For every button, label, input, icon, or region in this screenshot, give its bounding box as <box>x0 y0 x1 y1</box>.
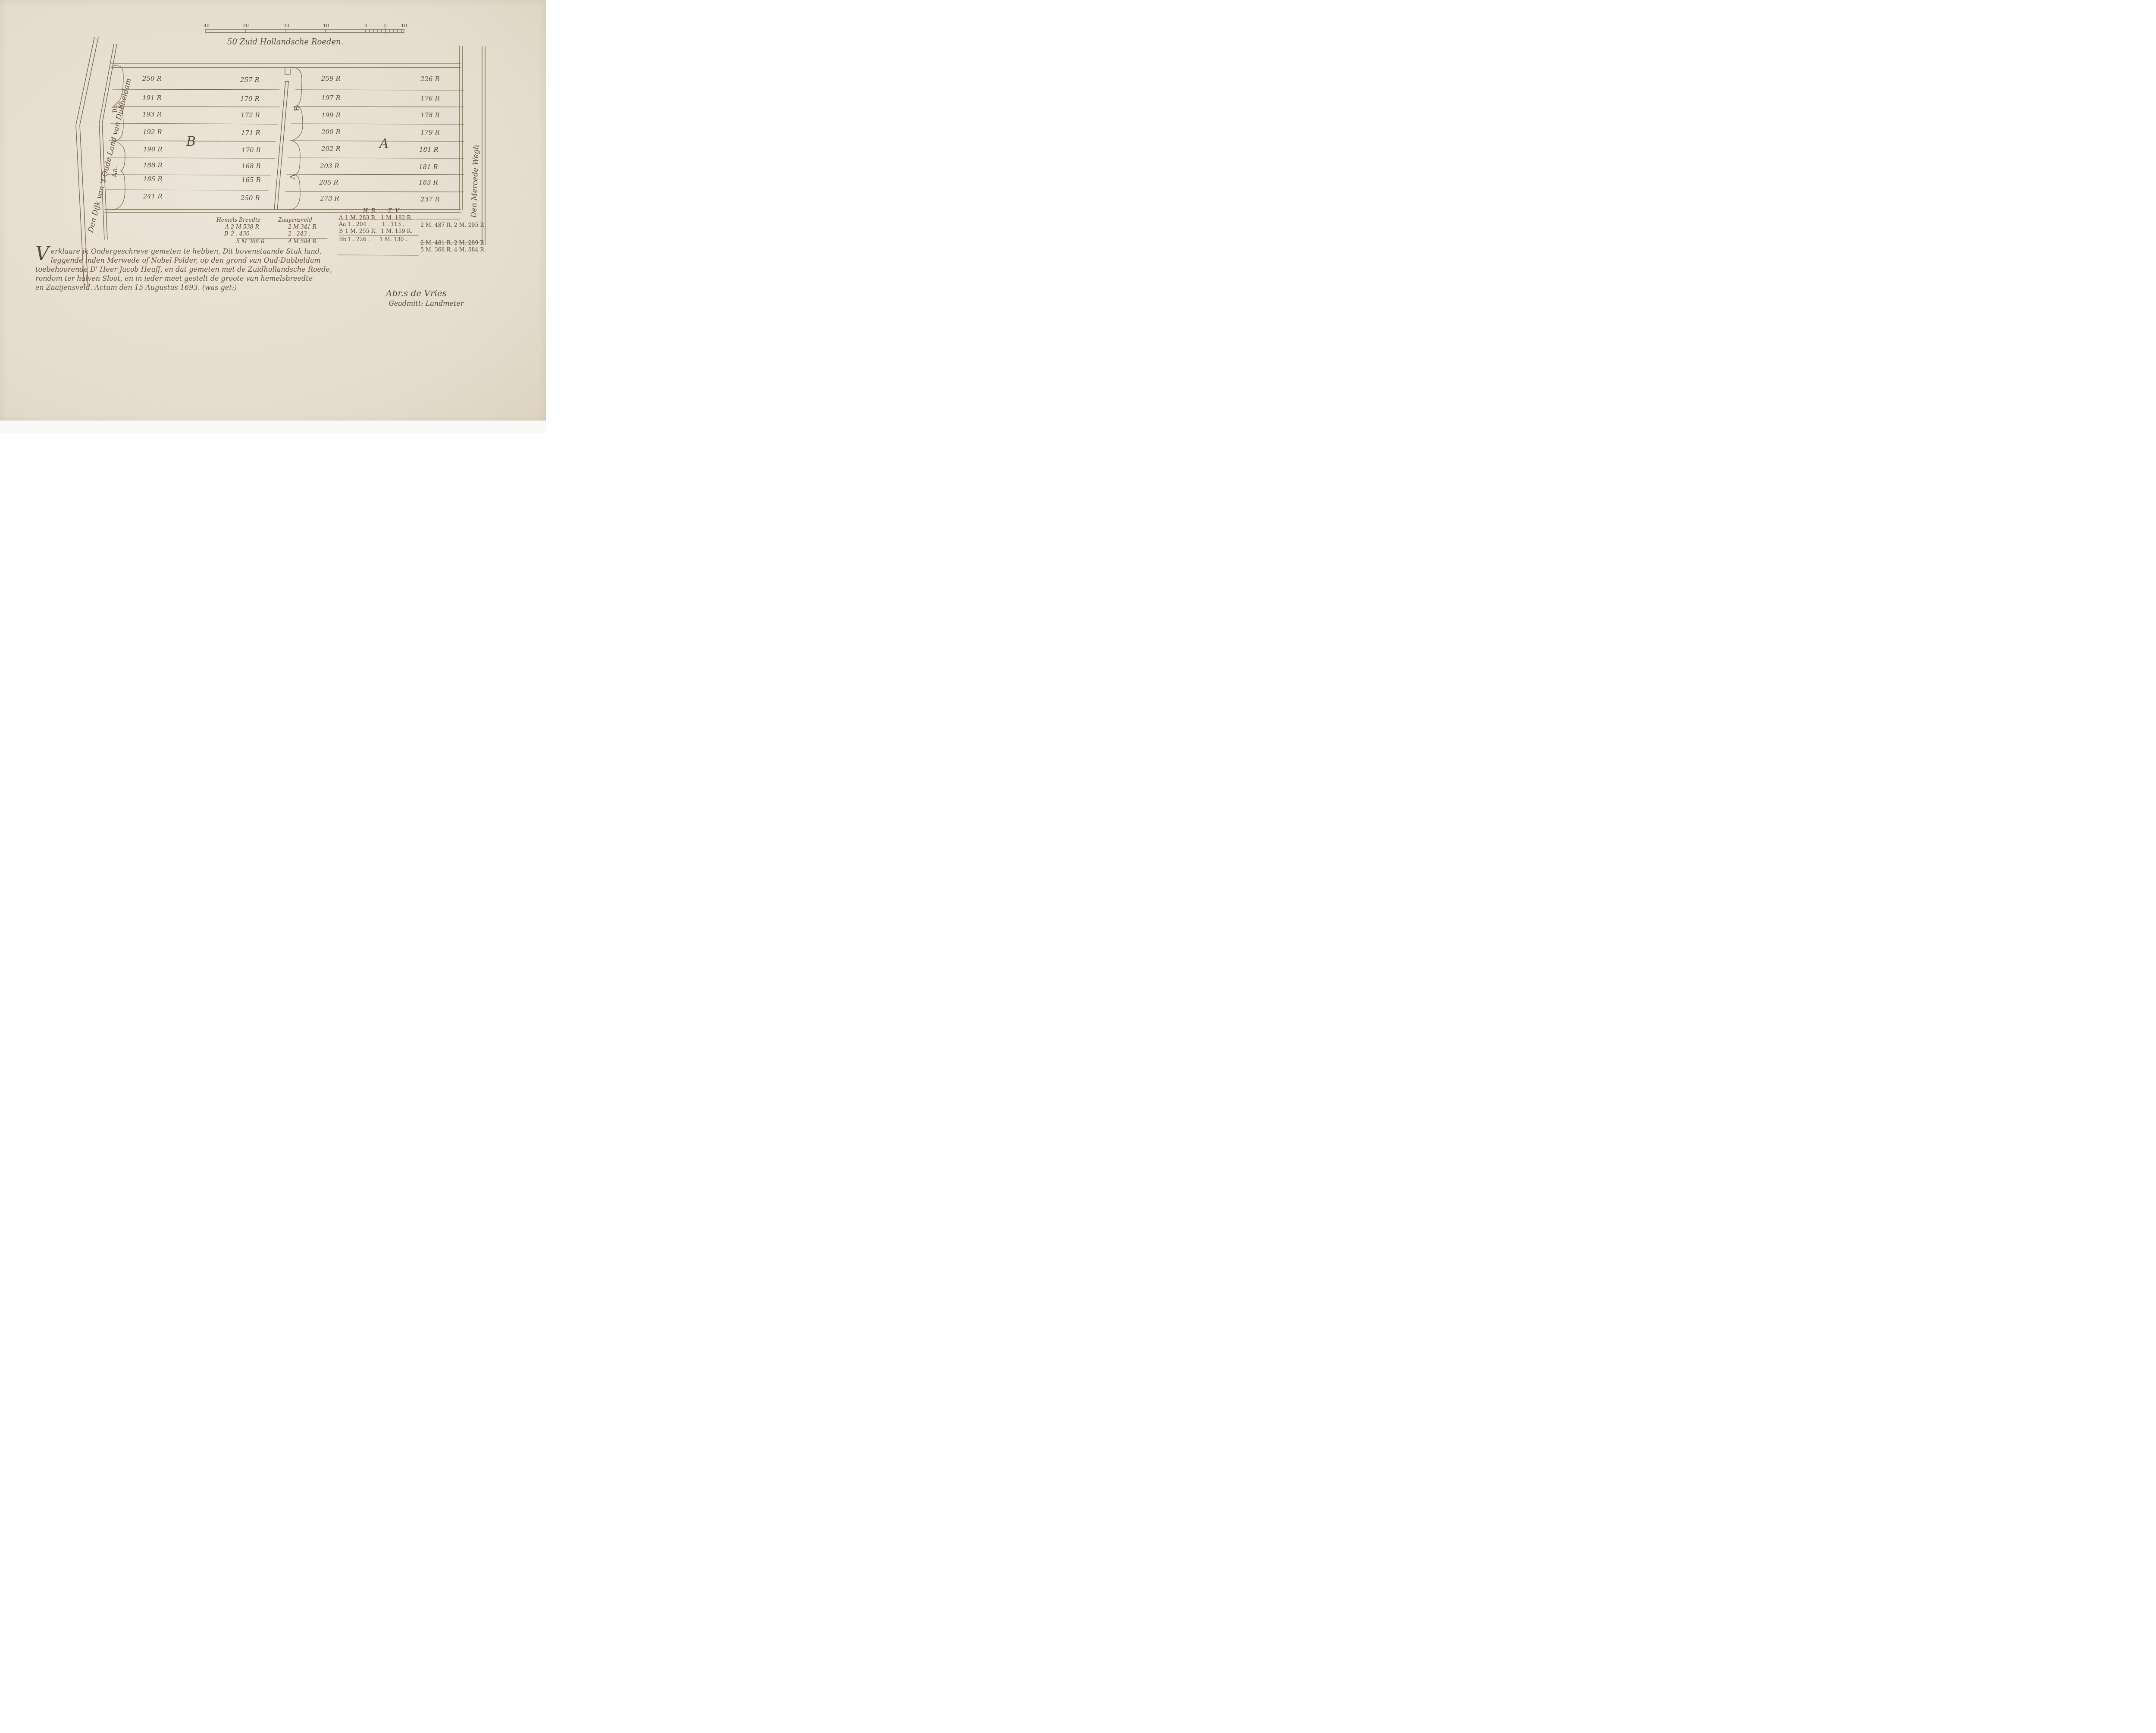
summary-total-hemels: 5 M 368 R <box>236 238 265 245</box>
west-value-left: 250 R <box>142 75 162 82</box>
detail-row-zv: 1 M. 182 R. <box>381 214 413 221</box>
declaration-line: toebehoorende D' Heer Jacob Heuff, en da… <box>35 265 471 274</box>
detail-row-hb: 1 M. 283 R. <box>345 214 377 221</box>
summary-row-zaayen: 2 . 243 . <box>288 230 310 237</box>
detail-row-zv: 1 . 113 . <box>382 221 404 227</box>
declaration-line: leggende inden Merwede of Nobel Polder, … <box>35 256 471 265</box>
summary-table: Hemels Breedte Zaayensveld A 2 M 538 R 2… <box>216 217 317 245</box>
scale-tick: 10 <box>401 23 407 28</box>
scale-tick-labels: 40 30 20 10 0 5 10 <box>204 23 407 28</box>
west-value-right: 172 R <box>241 111 260 119</box>
east-value-left: 202 R <box>321 145 341 153</box>
east-value-right: 183 R <box>419 179 438 186</box>
detail-row-hb: 1 M. 255 R. <box>345 228 377 234</box>
page-bottom-edge <box>0 421 546 433</box>
east-value-right: 179 R <box>420 129 440 136</box>
west-value-right: 170 R <box>240 95 260 103</box>
west-value-right: 170 R <box>241 146 261 154</box>
detail-table: H. B. Z. V. A 1 M. 283 R. 1 M. 182 R. Aa… <box>338 207 486 253</box>
west-value-right: 171 R <box>241 129 260 137</box>
east-value-left: 205 R <box>319 179 338 186</box>
declaration-line: rondom ter halven Sloot, en in ieder mee… <box>35 274 471 283</box>
scale-tick: 5 <box>384 23 387 28</box>
scale-caption: 50 Zuid Hollandsche Roeden. <box>227 38 343 47</box>
detail-row-label: Aa <box>338 221 346 227</box>
brace-label-bb: Bb. <box>111 102 119 113</box>
declaration: V erklaare ik Ondergeschreve gemeten te … <box>35 247 471 292</box>
scale-tick: 30 <box>243 23 249 28</box>
central-ditch <box>274 68 290 210</box>
road-inscription: Den Mercede Wegh <box>470 144 481 218</box>
west-value-left: 188 R <box>143 161 163 169</box>
signature-block: Abr.s de Vries Geadmitt: Landmeter <box>386 288 464 308</box>
summary-row-label: B <box>224 230 228 237</box>
west-value-right: 250 R <box>240 194 260 202</box>
east-value-left: 203 R <box>320 162 339 170</box>
brace-label-b: B <box>293 106 301 112</box>
east-value-left: 273 R <box>320 195 339 202</box>
detail-row-hb: 1 . 204 . <box>348 221 370 227</box>
declaration-initial: V <box>35 248 49 261</box>
declaration-line: erklaare ik Ondergeschreve gemeten te he… <box>35 247 471 256</box>
signature-name: Abr.s de Vries <box>386 288 464 298</box>
east-value-right: 181 R <box>419 163 438 171</box>
east-value-right: 181 R <box>419 146 439 154</box>
detail-row-zv: 1 M. 159 R. <box>381 228 413 234</box>
west-value-left: 191 R <box>142 94 162 102</box>
east-division-lines <box>285 90 464 192</box>
plot-label-east: A <box>378 136 389 151</box>
detail-row-label: B <box>339 228 343 234</box>
west-plot-values: 250 R 257 R 191 R 170 R 193 R 172 R 192 … <box>142 75 261 202</box>
west-value-left: 241 R <box>143 192 163 200</box>
summary-row-hemels: 2 M 538 R <box>230 223 259 230</box>
detail-row-hb: 1 . 226 . <box>348 236 370 242</box>
east-value-right: 178 R <box>420 111 440 119</box>
west-value-left: 192 R <box>143 128 162 136</box>
west-value-left: 193 R <box>142 110 162 118</box>
survey-map: 40 30 20 10 0 5 10 50 Zuid Hollandsche R… <box>0 0 546 423</box>
detail-subtotal-rule-a <box>338 235 418 235</box>
detail-header-zv: Z. V. <box>388 207 400 214</box>
east-value-left: 197 R <box>321 94 341 102</box>
signature-title: Geadmitt: Landmeter <box>389 299 464 308</box>
dike-inscription: Den Dijk van 't Oude Land van Dubbeldam <box>86 77 133 234</box>
east-value-right: 226 R <box>420 75 440 83</box>
west-value-right: 168 R <box>241 162 261 170</box>
east-braces <box>289 67 303 210</box>
summary-total-zaayen: 4 M 584 R <box>288 238 317 245</box>
detail-row-label: Bb <box>339 236 346 242</box>
west-value-right: 165 R <box>241 176 261 184</box>
scale-tick: 20 <box>283 23 289 28</box>
summary-row-zaayen: 2 M 341 R <box>288 223 317 230</box>
brace-label-a: A <box>288 174 297 180</box>
east-value-right: 237 R <box>420 195 440 203</box>
manuscript-sheet: 40 30 20 10 0 5 10 50 Zuid Hollandsche R… <box>0 0 546 423</box>
brace-label-aa: Aa. <box>111 166 119 178</box>
summary-header-hemels: Hemels Breedte <box>216 217 260 223</box>
east-value-left: 200 R <box>321 128 341 136</box>
detail-row-label: A <box>338 214 343 221</box>
detail-row-zv: 1 M. 130 . <box>379 236 407 242</box>
scale-tick: 10 <box>323 23 329 28</box>
summary-row-label: A <box>225 223 229 230</box>
scale-bar <box>206 28 404 33</box>
east-value-left: 199 R <box>321 111 341 119</box>
east-value-right: 176 R <box>420 94 440 102</box>
scale-tick: 0 <box>364 23 367 28</box>
west-value-right: 257 R <box>240 76 260 84</box>
summary-row-hemels: 2 . 430 . <box>230 230 253 237</box>
east-value-left: 259 R <box>321 75 341 82</box>
detail-subtotal-b: 2 M. 481 R. 2 M. 289 R. <box>420 239 486 246</box>
detail-header-hb: H. B. <box>363 207 377 214</box>
plot-label-west: B <box>186 134 196 149</box>
summary-header-zaayen: Zaayensveld <box>278 217 312 223</box>
west-value-left: 185 R <box>143 175 163 183</box>
west-value-left: 190 R <box>143 145 163 153</box>
scale-tick: 40 <box>204 23 210 28</box>
detail-subtotal-a: 2 M. 487 R. 2 M. 295 R. <box>420 222 486 228</box>
